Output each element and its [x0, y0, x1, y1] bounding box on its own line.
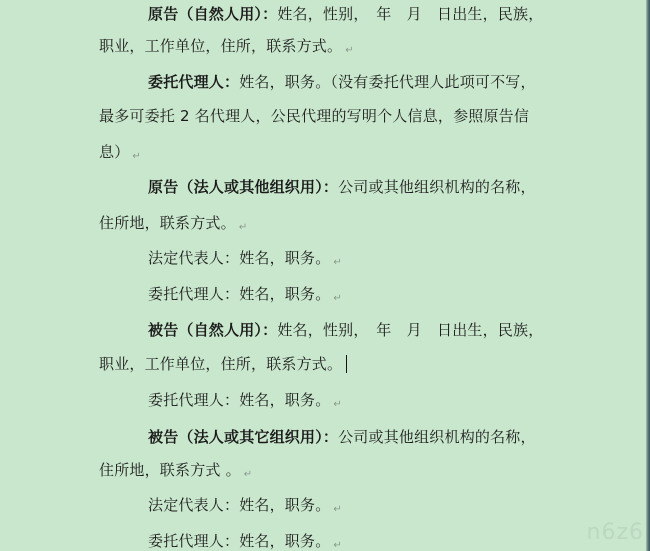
watermark: n6z6: [587, 520, 645, 545]
line-text: 公司或其他组织机构的名称，: [338, 428, 536, 446]
paragraph-mark-icon: ↵: [239, 222, 248, 233]
plaintiff-legal-representative-line[interactable]: 法定代表人：姓名，职务。↵: [148, 248, 342, 273]
line-text: 姓名，职务。（没有委托代理人此项可不写，: [239, 73, 536, 91]
plaintiff-occupation-line[interactable]: 职业，工作单位，住所，联系方式。↵: [99, 36, 354, 61]
line-text: 公司或其他组织机构的名称，: [338, 178, 536, 196]
agent-label: 委托代理人：: [148, 73, 239, 91]
defendant-occupation-line[interactable]: 职业，工作单位，住所，联系方式。: [99, 354, 347, 374]
paragraph-mark-icon: ↵: [132, 151, 141, 162]
paragraph-mark-icon: ↵: [333, 257, 342, 268]
paragraph-mark-icon: ↵: [244, 469, 253, 480]
defendant-organization-line[interactable]: 被告（法人或其它组织用）：公司或其他组织机构的名称，: [148, 427, 536, 447]
paragraph-mark-icon: ↵: [345, 45, 354, 56]
defendant-natural-person-label: 被告（自然人用）：: [148, 321, 277, 339]
line-text: 姓名，性别， 年 月 日出生，民族，: [277, 5, 543, 23]
document-page: 原告（自然人用）：姓名，性别， 年 月 日出生，民族， 职业，工作单位，住所，联…: [0, 0, 650, 551]
plaintiff-organization-address-line[interactable]: 住所地，联系方式。↵: [99, 213, 247, 238]
line-text: 委托代理人：姓名，职务。: [148, 391, 330, 409]
paragraph-mark-icon: ↵: [333, 293, 342, 304]
agent-note-end-line[interactable]: 息）↵: [99, 142, 141, 167]
agent-line[interactable]: 委托代理人：姓名，职务。（没有委托代理人此项可不写，: [148, 72, 536, 92]
plaintiff-agent-line[interactable]: 委托代理人：姓名，职务。↵: [148, 284, 342, 309]
plaintiff-organization-line[interactable]: 原告（法人或其他组织用）：公司或其他组织机构的名称，: [148, 177, 536, 197]
agent-note-line[interactable]: 最多可委托 2 名代理人，公民代理的写明个人信息，参照原告信: [99, 106, 529, 126]
line-text: 住所地，联系方式。: [99, 214, 236, 232]
text-cursor: [346, 355, 347, 373]
plaintiff-natural-person-line[interactable]: 原告（自然人用）：姓名，性别， 年 月 日出生，民族，: [148, 4, 543, 24]
line-text: 姓名，性别， 年 月 日出生，民族，: [277, 321, 543, 339]
plaintiff-organization-label: 原告（法人或其他组织用）：: [148, 178, 338, 196]
paragraph-mark-icon: ↵: [333, 540, 342, 551]
defendant-organization-label: 被告（法人或其它组织用）：: [148, 428, 338, 446]
line-text: 最多可委托 2 名代理人，公民代理的写明个人信息，参照原告信: [99, 107, 529, 125]
defendant-natural-person-line[interactable]: 被告（自然人用）：姓名，性别， 年 月 日出生，民族，: [148, 320, 543, 340]
line-text: 法定代表人：姓名，职务。: [148, 249, 330, 267]
line-text: 住所地，联系方式 。: [99, 461, 241, 479]
line-text: 息）: [99, 143, 129, 161]
line-text: 委托代理人：姓名，职务。: [148, 532, 330, 550]
defendant-organization-address-line[interactable]: 住所地，联系方式 。↵: [99, 460, 252, 485]
defendant-agent-line[interactable]: 委托代理人：姓名，职务。↵: [148, 390, 342, 415]
defendant-agent-line-2[interactable]: 委托代理人：姓名，职务。↵: [148, 531, 342, 551]
line-text: 委托代理人：姓名，职务。: [148, 285, 330, 303]
plaintiff-natural-person-label: 原告（自然人用）：: [148, 5, 277, 23]
line-text: 职业，工作单位，住所，联系方式。: [99, 37, 342, 55]
line-text: 职业，工作单位，住所，联系方式。: [99, 355, 342, 373]
paragraph-mark-icon: ↵: [333, 399, 342, 410]
page-right-border: [646, 0, 650, 551]
defendant-legal-representative-line[interactable]: 法定代表人：姓名，职务。↵: [148, 495, 342, 520]
paragraph-mark-icon: ↵: [333, 504, 342, 515]
line-text: 法定代表人：姓名，职务。: [148, 496, 330, 514]
